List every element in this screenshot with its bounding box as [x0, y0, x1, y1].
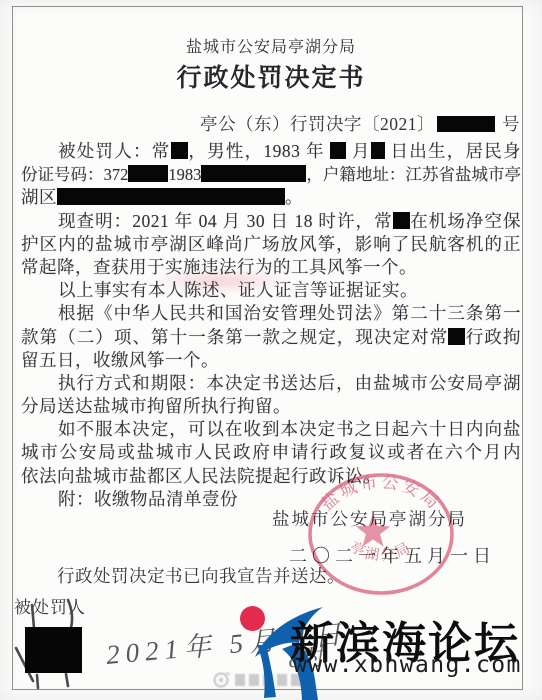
- body-text-segment: 日出生，居民身: [385, 141, 521, 161]
- case-number-redaction-box: [437, 116, 495, 132]
- body-text-segment: 附：收缴物品清单壹份: [58, 489, 238, 509]
- body-text-segment: 护区内的盐城市亭湖区峰尚广场放风筝，影响了民航客机的正: [21, 234, 521, 254]
- body-text-segment: 城市公安局或盐城市人民政府申请行政复议或者在六个月内: [21, 442, 521, 462]
- seal-ring-text: 盐城市公安局: [317, 472, 444, 514]
- redaction-box: [171, 142, 188, 159]
- redaction-box: [448, 328, 465, 345]
- body-line: 留五日，收缴风筝一个。: [21, 349, 521, 372]
- body-text-segment: 分局送达盐城市拘留所执行拘留。: [21, 396, 291, 416]
- seal-star-icon: [356, 514, 390, 547]
- body-line: 现查明：2021 年 04 月 30 日 18 时许，常在机场净空保: [21, 210, 521, 233]
- body-text-segment: 如不服本决定，可以在收到本决定书之日起六十日内向盐: [58, 419, 521, 439]
- body-text-segment: 在机场净空保: [410, 211, 521, 231]
- body-line: 根据《中华人民共和国治安管理处罚法》第二十三条第一: [21, 302, 521, 325]
- body-line: 被处罚人：常，男性，1983 年 月 日出生，居民身: [21, 140, 521, 163]
- body-line: 如不服本决定，可以在收到本决定书之日起六十日内向盐: [21, 418, 521, 441]
- handwritten-time-partial: 8时: [287, 636, 326, 674]
- body-line: 份证号码：3721983，户籍地址：江苏省盐城市亭: [21, 163, 521, 186]
- body-line: 分局送达盐城市拘留所执行拘留。: [21, 395, 521, 418]
- scanned-document-photo: 盐城市公安局亭湖分局 行政处罚决定书 亭公（东）行罚决字〔2021〕号 被处罚人…: [0, 0, 542, 700]
- body-line: 款第（二）项、第十一条第一款之规定，现决定对常行政拘: [21, 326, 521, 349]
- body-text-segment: 留五日，收缴风筝一个。: [21, 350, 219, 370]
- weibo-watermark: [212, 670, 342, 690]
- body-text-segment: 执行方式和期限：本决定书送达后，由盐城市公安局亭湖: [58, 373, 521, 393]
- issuing-agency-header: 盐城市公安局亭湖分局: [0, 34, 542, 57]
- svg-text:盐城市公安局: 盐城市公安局: [317, 472, 444, 514]
- body-text-segment: 款第（二）项、第十一条第一款之规定，现决定对常: [21, 327, 448, 347]
- body-text-segment: 月: [346, 141, 370, 161]
- case-number-prefix: 亭公（东）行罚决字〔2021〕: [200, 114, 435, 134]
- body-line: 常起降，查获用于实施违法行为的工具风筝一个。: [21, 256, 521, 279]
- signature-redaction-box: [25, 627, 82, 673]
- body-text-segment: 根据《中华人民共和国治安管理处罚法》第二十三条第一: [58, 303, 521, 323]
- weibo-watermark-illegible-text: [235, 674, 311, 686]
- body-text-segment: 份证号码：372: [21, 165, 128, 184]
- body-text-segment: 常起降，查获用于实施违法行为的工具风筝一个。: [21, 257, 417, 277]
- weibo-eye-icon: [212, 671, 230, 689]
- body-line: 城市公安局或盐城市人民政府申请行政复议或者在六个月内: [21, 441, 521, 464]
- body-text-segment: 被处罚人：常: [58, 141, 171, 161]
- official-seal: 盐城市公安局 亭湖分局: [303, 470, 459, 600]
- body-text-segment: ，男性，1983 年: [188, 141, 331, 161]
- body-text-segment: 。: [285, 187, 303, 207]
- body-text-block: 被处罚人：常，男性，1983 年 月 日出生，居民身份证号码：3721983，户…: [21, 140, 521, 511]
- body-text-segment: 湖区: [21, 187, 57, 207]
- service-statement: 行政处罚决定书已向我宣告并送达。: [57, 563, 345, 588]
- body-line: 执行方式和期限：本决定书送达后，由盐城市公安局亭湖: [21, 372, 521, 395]
- redaction-box: [128, 165, 168, 182]
- body-text-segment: ，户籍地址：江苏省盐城市亭: [306, 165, 521, 184]
- document-title: 行政处罚决定书: [0, 58, 542, 94]
- body-text-segment: 现查明：2021 年 04 月 30 日 18 时许，常: [58, 211, 393, 231]
- redaction-box: [330, 142, 346, 159]
- body-text-segment: 以上事实有本人陈述、证人证言等证据证实。: [58, 280, 418, 300]
- case-number-suffix: 号: [502, 114, 520, 134]
- body-text-segment: 1983: [168, 165, 201, 184]
- redaction-box: [371, 142, 385, 159]
- body-line: 以上事实有本人陈述、证人证言等证据证实。: [21, 279, 521, 302]
- redaction-box: [393, 212, 410, 229]
- redaction-box: [201, 165, 306, 182]
- case-number-line: 亭公（东）行罚决字〔2021〕号: [200, 111, 520, 136]
- body-line: 湖区。: [21, 186, 521, 209]
- redaction-box: [57, 188, 285, 205]
- body-text-segment: 行政拘: [465, 327, 521, 347]
- body-line: 护区内的盐城市亭湖区峰尚广场放风筝，影响了民航客机的正: [21, 233, 521, 256]
